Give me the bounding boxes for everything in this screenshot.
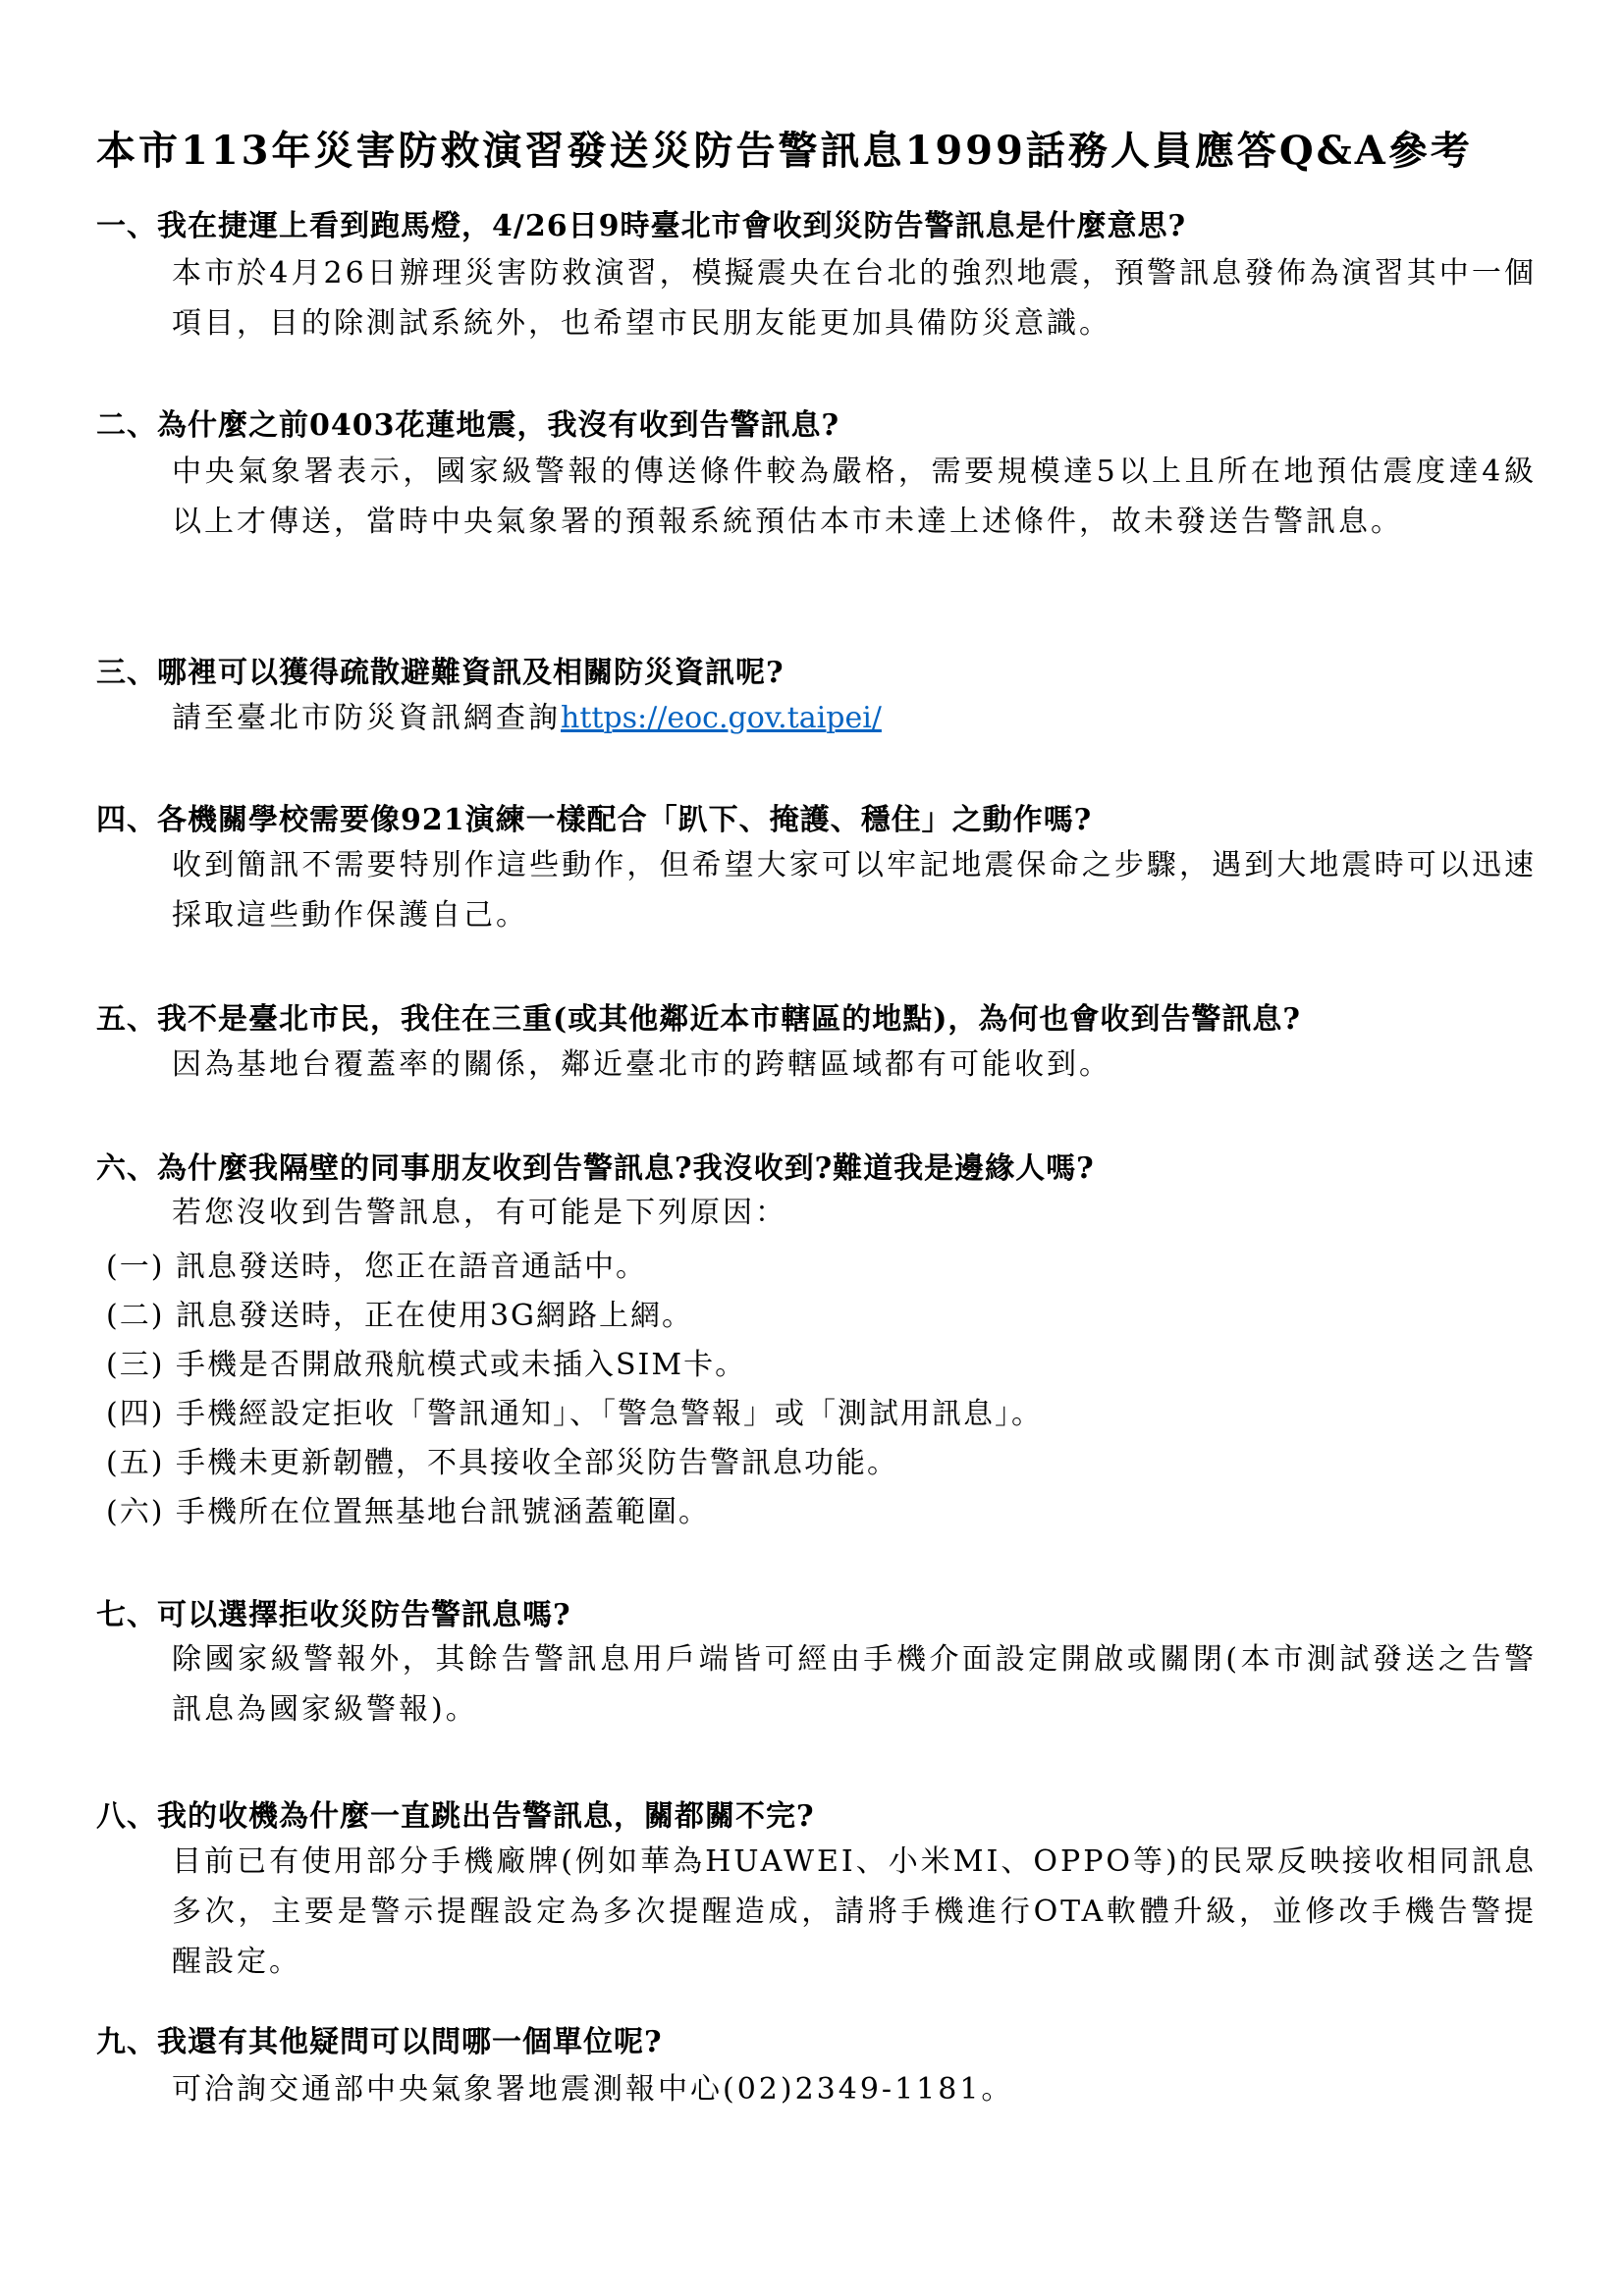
question-8: 八、我的收機為什麼一直跳出告警訊息，關都關不完? [96,1791,815,1835]
reason-item-3: (三) 手機是否開啟飛航模式或未插入SIM卡。 [106,1340,746,1383]
document-title: 本市113年災害防救演習發送災防告警訊息1999話務人員應答Q&A參考 [96,120,1473,176]
reason-item-5: (五) 手機未更新韌體，不具接收全部災防告警訊息功能。 [106,1438,898,1481]
answer-3-text: 請至臺北市防災資訊網查詢 [172,701,561,735]
answer-9: 可洽詢交通部中央氣象署地震測報中心(02)2349-1181。 [172,2064,1013,2114]
answer-5: 因為基地台覆蓋率的關係，鄰近臺北市的跨轄區域都有可能收到。 [172,1040,1111,1090]
question-9: 九、我還有其他疑問可以問哪一個單位呢? [96,2017,663,2060]
reason-item-2: (二) 訊息發送時，正在使用3G網路上網。 [106,1291,693,1334]
question-7: 七、可以選擇拒收災防告警訊息嗎? [96,1590,571,1633]
question-5: 五、我不是臺北市民，我住在三重(或其他鄰近本市轄區的地點)，為何也會收到告警訊息… [96,994,1301,1038]
question-2: 二、為什麼之前0403花蓮地震，我沒有收到告警訊息? [96,400,839,444]
answer-1: 本市於4月26日辦理災害防救演習，模擬震央在台北的強烈地震，預警訊息發佈為演習其… [172,248,1537,348]
reason-item-6: (六) 手機所在位置無基地台訊號涵蓋範圍。 [106,1487,710,1530]
answer-4: 收到簡訊不需要特別作這些動作，但希望大家可以牢記地震保命之步驟，遇到大地震時可以… [172,840,1537,940]
question-3: 三、哪裡可以獲得疏散避難資訊及相關防災資訊呢? [96,648,785,691]
reason-item-4: (四) 手機經設定拒收「警訊通知」、「警急警報」或「測試用訊息」。 [106,1389,1043,1432]
answer-3: 請至臺北市防災資訊網查詢https://eoc.gov.taipei/ [172,693,882,743]
document-page: 本市113年災害防救演習發送災防告警訊息1999話務人員應答Q&A參考 一、我在… [0,0,1624,2296]
question-4: 四、各機關學校需要像921演練一樣配合「趴下、掩護、穩住」之動作嗎? [96,795,1092,838]
answer-6-intro: 若您沒收到告警訊息，有可能是下列原因： [172,1188,787,1238]
reason-item-1: (一) 訊息發送時，您正在語音通話中。 [106,1242,647,1285]
eoc-website-link[interactable]: https://eoc.gov.taipei/ [561,701,882,735]
question-1: 一、我在捷運上看到跑馬燈，4/26日9時臺北市會收到災防告警訊息是什麼意思? [96,201,1186,244]
answer-7: 除國家級警報外，其餘告警訊息用戶端皆可經由手機介面設定開啟或關閉(本市測試發送之… [172,1634,1537,1735]
answer-8: 目前已有使用部分手機廠牌(例如華為HUAWEI、小米MI、OPPO等)的民眾反映… [172,1837,1537,1987]
answer-2: 中央氣象署表示，國家級警報的傳送條件較為嚴格，需要規模達5以上且所在地預估震度達… [172,447,1537,547]
question-6: 六、為什麼我隔壁的同事朋友收到告警訊息?我沒收到?難道我是邊緣人嗎? [96,1144,1095,1187]
